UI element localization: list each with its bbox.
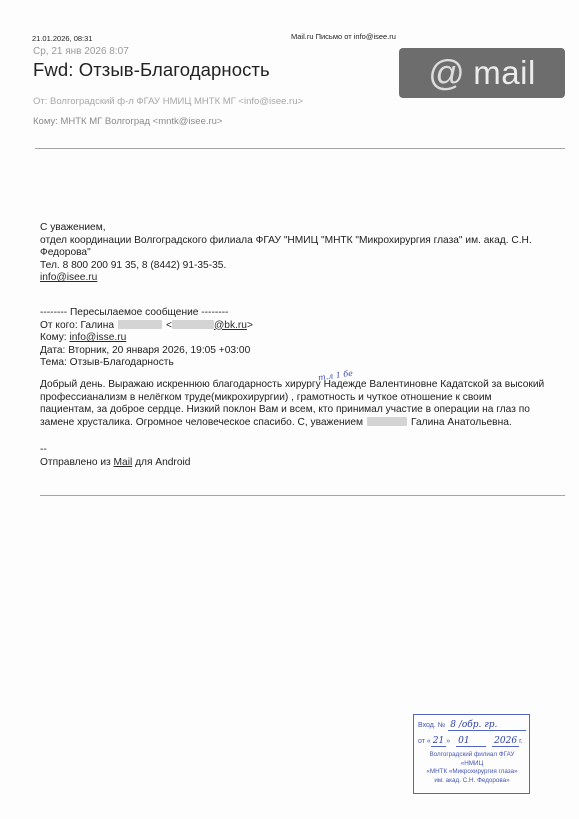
forward-to-label: Кому: [40, 332, 69, 343]
mobile-signature: -- Отправлено из Mail для Android [40, 444, 190, 469]
footer-divider [40, 495, 565, 496]
forwarded-header: -------- Пересылаемое сообщение --------… [40, 307, 253, 370]
sent-from-text: Отправлено из [40, 457, 114, 468]
forward-from-email[interactable]: @bk.ru [214, 320, 247, 331]
header-divider [35, 148, 565, 149]
stamp-year-suffix: г. [519, 738, 523, 745]
message-signoff: Галина Анатольевна. [411, 417, 512, 428]
forward-from: От кого: Галина<@bk.ru> [40, 320, 253, 333]
stamp-date-row: от « 21 » 01 2026 г. [418, 736, 526, 747]
sent-from-line: Отправлено из Mail для Android [40, 457, 190, 470]
message-body: Добрый день. Выражаю искреннюю благодарн… [40, 379, 568, 429]
stamp-day: 21 [431, 736, 446, 747]
email-subject: Fwd: Отзыв-Благодарность [33, 59, 270, 81]
message-line: Добрый день. Выражаю искреннюю благодарн… [40, 379, 568, 392]
stamp-org-line: «МНТК «Микрохирургия глаза» [418, 768, 526, 777]
message-line: замене хрусталика. Огромное человеческое… [40, 417, 568, 430]
redacted-surname [367, 417, 407, 426]
forward-to-email[interactable]: info@isse.ru [69, 332, 126, 343]
mail-logo: @ mail [399, 48, 565, 98]
stamp-year: 2026 [492, 736, 519, 747]
sig-dept: отдел координации Волгоградского филиала… [40, 235, 532, 248]
stamp-in-number: 8 /обр. гр. [448, 720, 526, 731]
sig-phone: Тел. 8 800 200 91 35, 8 (8442) 91-35-35. [40, 260, 532, 273]
forward-subject: Тема: Отзыв-Благодарность [40, 357, 253, 370]
stamp-in-row: Вход. № 8 /обр. гр. [418, 720, 526, 731]
stamp-from-label: от « [418, 738, 431, 745]
stamp-quote: » [446, 738, 450, 745]
email-to: Кому: МНТК МГ Волгоград <mntk@isee.ru> [33, 116, 222, 127]
print-page-title: Mail.ru Письмо от info@isee.ru [291, 32, 396, 41]
stamp-org-line: Волгоградский филиал ФГАУ «НМИЦ [418, 751, 526, 768]
stamp-org-line: им. акад. С.Н. Федорова» [418, 777, 526, 786]
sig-greeting: С уважением, [40, 222, 532, 235]
forward-from-label: От кого: Галина [40, 320, 114, 331]
forward-date: Дата: Вторник, 20 января 2026, 19:05 +03… [40, 345, 253, 358]
message-text: замене хрусталика. Огромное человеческое… [40, 417, 363, 428]
forward-to: Кому: info@isse.ru [40, 332, 253, 345]
signature-block: С уважением, отдел координации Волгоград… [40, 222, 532, 285]
sig-email-link[interactable]: info@isee.ru [40, 272, 97, 283]
sent-from-suffix: для Android [132, 457, 190, 468]
registration-stamp: Вход. № 8 /обр. гр. от « 21 » 01 2026 г.… [413, 714, 530, 794]
forward-separator: -------- Пересылаемое сообщение -------- [40, 307, 253, 320]
at-icon: @ [428, 52, 465, 94]
sent-date: Ср, 21 янв 2026 8:07 [33, 46, 129, 57]
sig-dept-cont: Федорова" [40, 247, 532, 260]
message-line: профессианализм в нелёгком труде(микрохи… [40, 392, 568, 405]
print-datetime: 21.01.2026, 08:31 [32, 34, 92, 43]
logo-text: mail [473, 54, 536, 92]
stamp-org: Волгоградский филиал ФГАУ «НМИЦ «МНТК «М… [418, 751, 526, 785]
sig-dash: -- [40, 444, 190, 457]
stamp-month: 01 [456, 736, 486, 747]
mail-app-link[interactable]: Mail [114, 457, 133, 468]
message-line: пациентам, за доброе сердце. Низкий покл… [40, 404, 568, 417]
redacted-surname [118, 320, 162, 329]
email-from: От: Волгоградский ф-л ФГАУ НМИЦ МНТК МГ … [33, 96, 303, 107]
stamp-in-label: Вход. № [418, 722, 445, 729]
redacted-email-user [172, 320, 214, 329]
